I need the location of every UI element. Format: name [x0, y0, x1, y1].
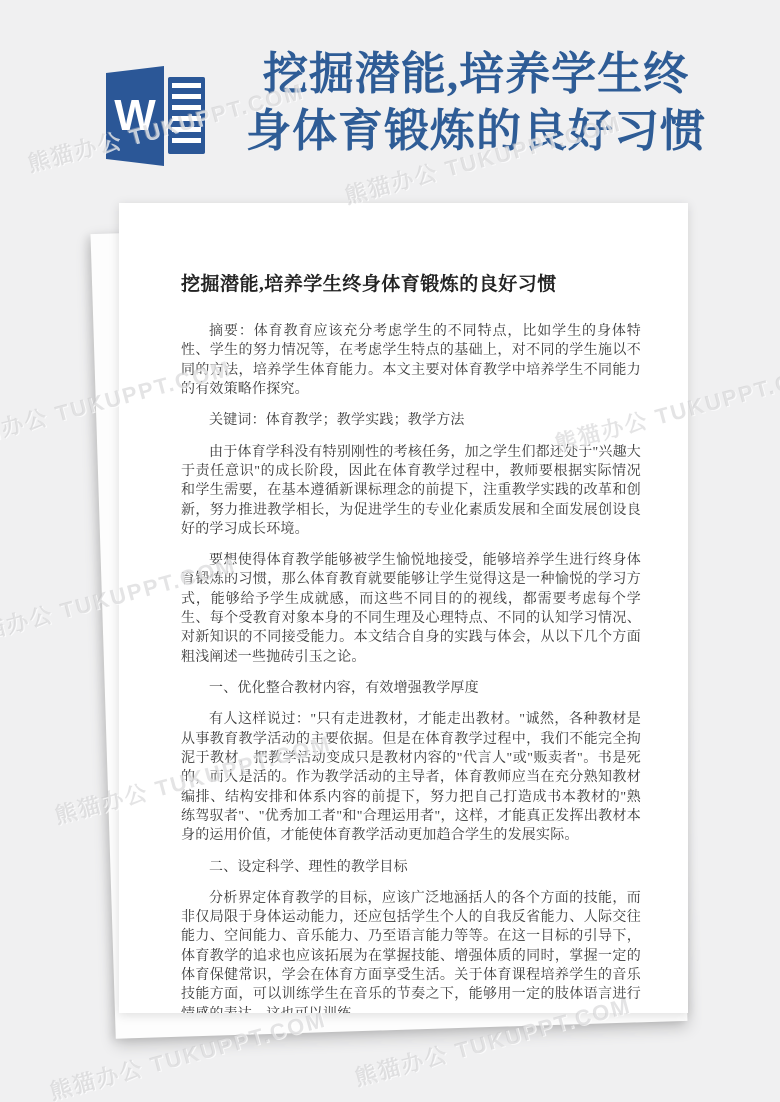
document-content: 挖掘潜能,培养学生终身体育锻炼的良好习惯 摘要：体育教育应该充分考虑学生的不同特… [181, 269, 641, 993]
paragraph: 有人这样说过："只有走进教材，才能走出教材。"诚然，各种教材是从事教育教学活动的… [181, 710, 641, 845]
paragraph: 摘要：体育教育应该充分考虑学生的不同特点，比如学生的身体特性、学生的努力情况等，… [181, 322, 641, 399]
paragraph: 一、优化整合教材内容，有效增强教学厚度 [181, 679, 641, 698]
page-title-line1: 挖掘潜能,培养学生终 [212, 46, 740, 103]
document-title: 挖掘潜能,培养学生终身体育锻炼的良好习惯 [181, 269, 641, 296]
document-body: 摘要：体育教育应该充分考虑学生的不同特点，比如学生的身体特性、学生的努力情况等，… [181, 322, 641, 1013]
paragraph: 二、设定科学、理性的教学目标 [181, 858, 641, 877]
document-page: 挖掘潜能,培养学生终身体育锻炼的良好习惯 摘要：体育教育应该充分考虑学生的不同特… [119, 203, 688, 1013]
page: { "header": { "icon_letter": "W", "icon_… [0, 0, 780, 1102]
word-icon-document [168, 77, 205, 154]
paragraph: 要想使得体育教学能够被学生愉悦地接受，能够培养学生进行终身体育锻炼的习惯，那么体… [181, 551, 641, 667]
word-icon-letter: W [114, 66, 156, 166]
word-icon-flap: W [106, 66, 164, 166]
word-icon-document-lines [172, 83, 201, 148]
page-title-line2: 身体育锻炼的良好习惯 [212, 103, 740, 160]
word-icon: W [106, 66, 206, 166]
page-title: 挖掘潜能,培养学生终 身体育锻炼的良好习惯 [212, 46, 740, 160]
paragraph: 关键词：体育教学；教学实践；教学方法 [181, 411, 641, 430]
header: W 挖掘潜能,培养学生终 身体育锻炼的良好习惯 [0, 0, 780, 200]
paragraph: 由于体育学科没有特别刚性的考核任务，加之学生们都还处于"兴趣大于责任意识"的成长… [181, 443, 641, 540]
paragraph: 分析界定体育教学的目标，应该广泛地涵括人的各个方面的技能，而非仅局限于身体运动能… [181, 889, 641, 1013]
